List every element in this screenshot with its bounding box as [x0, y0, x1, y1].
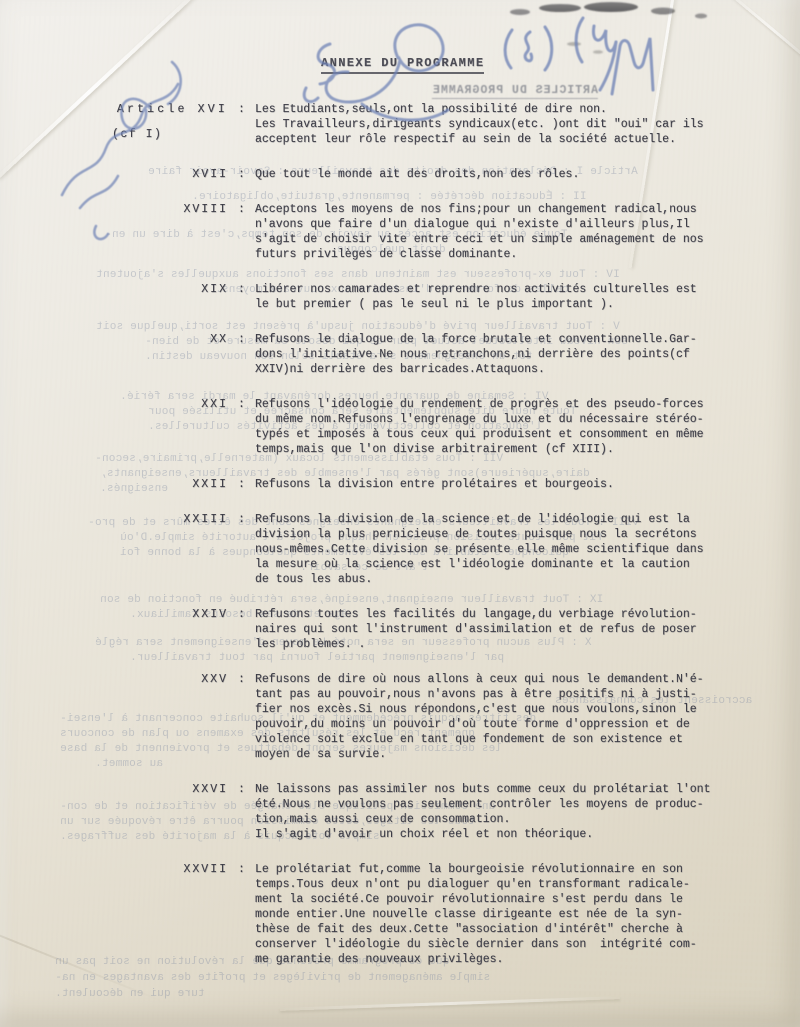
article-text: Ne laissons pas assimiler nos buts comme… [255, 782, 762, 842]
article-row: XVII:Que tout le monde ait des droits,no… [100, 167, 762, 182]
article-row: Article XVI(cf I):Les Etudiants,seuls,on… [100, 102, 762, 147]
article-label: XXV [100, 672, 228, 762]
article-colon: : [228, 282, 255, 312]
article-number: XXIII [183, 512, 228, 527]
article-text: Refusons l'idéologie du rendement de pro… [255, 397, 762, 457]
bleedthrough-heading: ARTICLES DU PROGRAMME [432, 84, 598, 99]
article-text: Refusons de dire où nous allons à ceux q… [255, 672, 762, 762]
article-text: Que tout le monde ait des droits,non des… [255, 167, 762, 182]
articles-list: Article XVI(cf I):Les Etudiants,seuls,on… [100, 102, 762, 987]
article-label: XXI [100, 397, 228, 457]
article-colon: : [228, 672, 255, 762]
article-text: Le prolétariat fut,comme la bourgeoisie … [255, 862, 762, 967]
article-row: XVIII:Acceptons les moyens de nos fins;p… [100, 202, 762, 262]
article-row: XIX:Libérer nos camarades et reprendre n… [100, 282, 762, 312]
article-text: Libérer nos camarades et reprendre nos a… [255, 282, 762, 312]
article-text: Acceptons les moyens de nos fins;pour un… [255, 202, 762, 262]
article-number: XXII [192, 477, 228, 492]
article-number: XIX [201, 282, 228, 297]
wrinkle-bottom [280, 996, 620, 1011]
article-colon: : [228, 332, 255, 377]
article-text: Refusons toutes les facilités du langage… [255, 607, 762, 652]
article-row: XXIII:Refusons la division de la science… [100, 512, 762, 587]
article-label: Article XVI(cf I) [100, 102, 228, 147]
article-colon: : [228, 202, 255, 262]
article-label: XXII [100, 477, 228, 492]
article-row: XX:Refusons le dialogue de la force brut… [100, 332, 762, 377]
article-number: XVIII [183, 202, 228, 217]
page-title: ANNEXE DU PROGRAMME [321, 56, 484, 74]
article-text: Les Etudiants,seuls,ont la possibilité d… [255, 102, 762, 147]
article-text: Refusons la division de la science et de… [255, 512, 762, 587]
article-label: XVII [100, 167, 228, 182]
article-row: XXI:Refusons l'idéologie du rendement de… [100, 397, 762, 457]
article-number: Article XVI [117, 102, 228, 117]
article-text: Refusons le dialogue de la force brutale… [255, 332, 762, 377]
article-note: (cf I) [100, 127, 162, 142]
article-number: XXIV [192, 607, 228, 622]
article-label: XXVI [100, 782, 228, 842]
article-number: XVII [192, 167, 228, 182]
article-number: XX [210, 332, 228, 347]
article-colon: : [228, 862, 255, 967]
article-colon: : [228, 397, 255, 457]
article-label: XIX [100, 282, 228, 312]
article-label: XXIV [100, 607, 228, 652]
article-colon: : [228, 477, 255, 492]
article-colon: : [228, 607, 255, 652]
article-label: XXIII [100, 512, 228, 587]
article-label: XVIII [100, 202, 228, 262]
article-label: XXVII [100, 862, 228, 967]
article-colon: : [228, 512, 255, 587]
article-number: XXV [201, 672, 228, 687]
article-number: XXVI [192, 782, 228, 797]
article-text: Refusons la division entre prolétaires e… [255, 477, 762, 492]
fold-crease-corner [717, 0, 800, 81]
bleedthrough-line: ture qui en découlent. [55, 987, 205, 1002]
article-number: XXVII [183, 862, 228, 877]
article-colon: : [228, 782, 255, 842]
article-number: XXI [201, 397, 228, 412]
article-colon: : [228, 102, 255, 147]
article-row: XXVI:Ne laissons pas assimiler nos buts … [100, 782, 762, 842]
article-label: XX [100, 332, 228, 377]
article-row: XXVII:Le prolétariat fut,comme la bourge… [100, 862, 762, 967]
article-row: XXII:Refusons la division entre prolétai… [100, 477, 762, 492]
article-row: XXV:Refusons de dire où nous allons à ce… [100, 672, 762, 762]
ink-smudge-top [510, 2, 707, 54]
article-colon: : [228, 167, 255, 182]
article-row: XXIV:Refusons toutes les facilités du la… [100, 607, 762, 652]
handwriting-top-right-icon [505, 18, 653, 94]
document-page: ARTICLES DU PROGRAMMEArticle I : Déclara… [0, 0, 800, 1027]
